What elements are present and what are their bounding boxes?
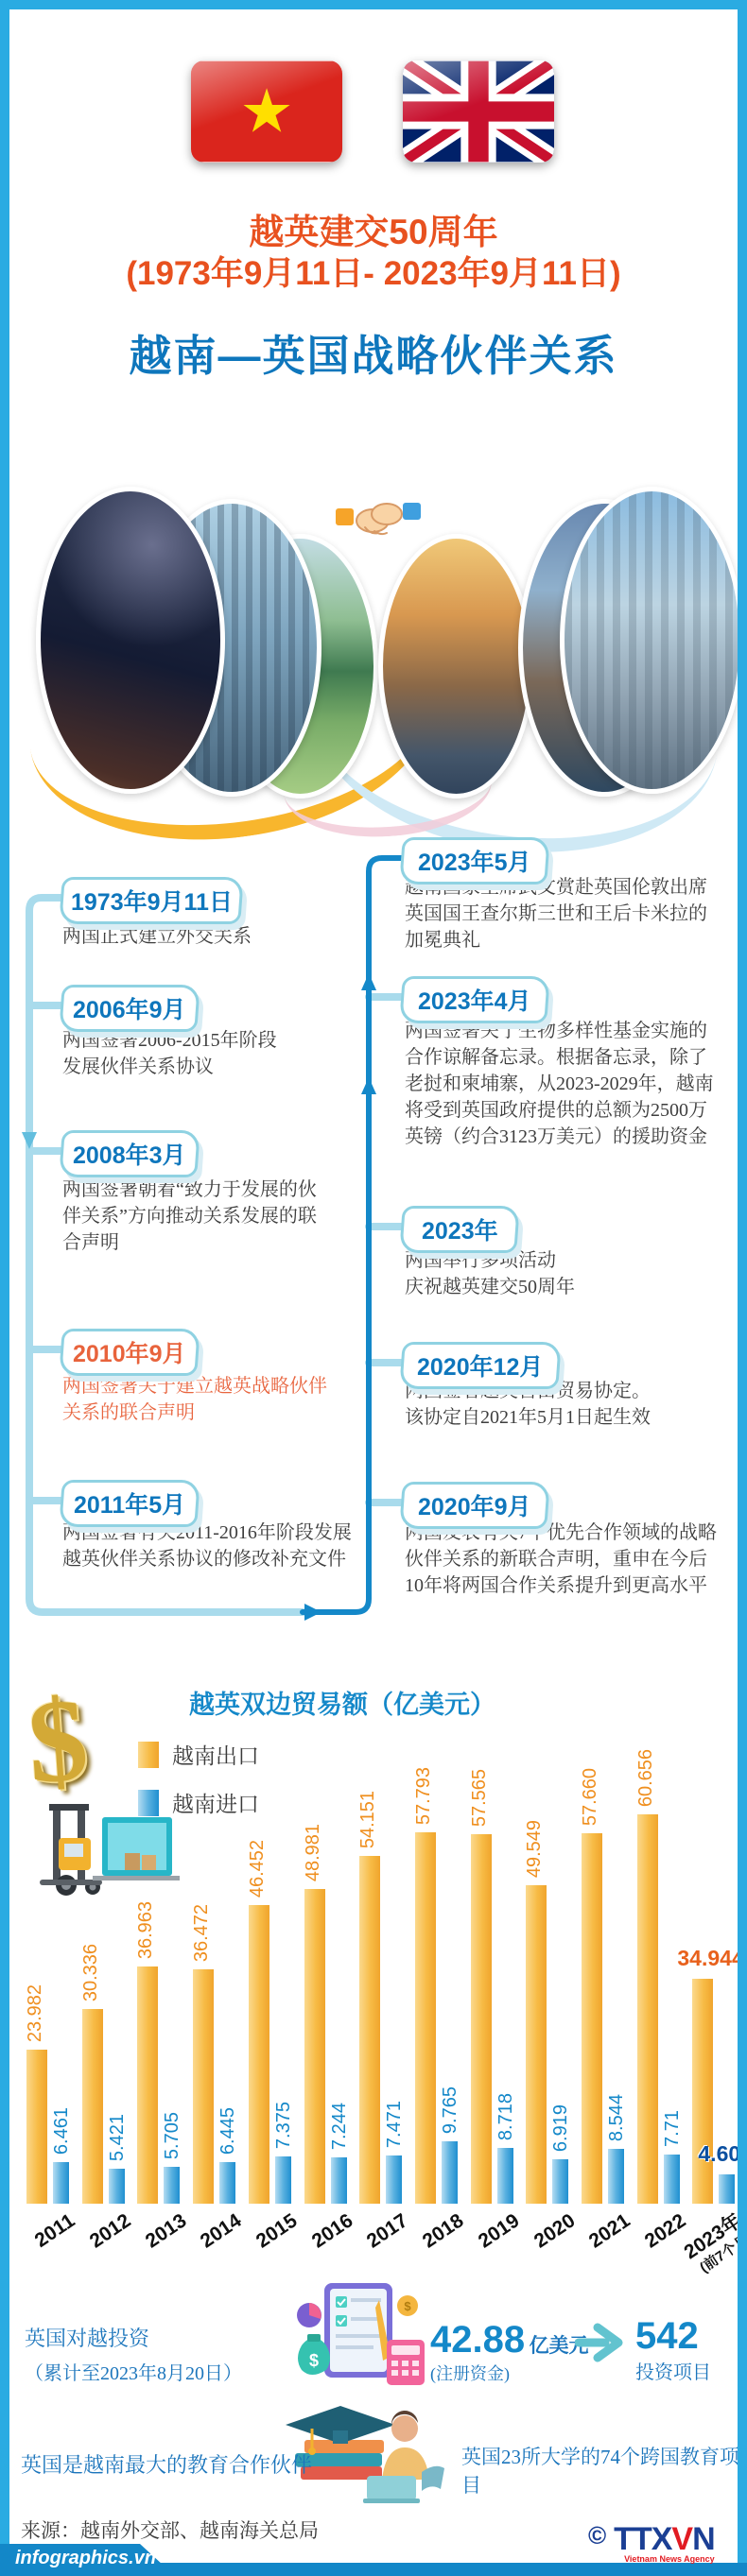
import-bar bbox=[608, 2149, 624, 2204]
investment-amount: 42.88 亿美元 (注册资金) bbox=[430, 2321, 589, 2385]
title-line2: (1973年9月11日- 2023年9月11日) bbox=[0, 248, 747, 295]
timeline-event-text-right-2: 两国举行多项活动 庆祝越英建交50周年 bbox=[405, 1247, 745, 1300]
export-bar bbox=[471, 1834, 492, 2204]
vietnam-flag: ★ bbox=[191, 60, 342, 163]
import-value-label: 7.375 bbox=[273, 2102, 295, 2149]
export-bar bbox=[582, 1833, 602, 2204]
import-value-label: 7.71 bbox=[662, 2110, 684, 2147]
education-label: 英国是越南最大的教育合作伙伴 bbox=[21, 2449, 312, 2479]
bar-group-2022: 60.6567.712022 bbox=[637, 1739, 683, 2204]
export-value-label: 60.656 bbox=[635, 1749, 657, 1807]
bar-group-2023年: 34.9444.60072023年(前7个月) bbox=[692, 1739, 738, 2204]
x-axis-year-label: 2017 bbox=[364, 2211, 411, 2252]
chart-title: 越英双边贸易额（亿美元） bbox=[189, 1684, 495, 1721]
import-value-label: 8.544 bbox=[606, 2094, 628, 2141]
import-bar bbox=[386, 2155, 402, 2204]
export-value-label: 36.963 bbox=[135, 1901, 157, 1959]
investment-label: 英国对越投资 （累计至2023年8月20日） bbox=[25, 2323, 242, 2385]
city-photo-montage bbox=[0, 472, 747, 869]
timeline-date-pill-left-0: 1973年9月11日 bbox=[59, 877, 243, 924]
legend-item-import: 越南进口 bbox=[138, 1787, 259, 1818]
x-axis-year-label: 2012 bbox=[87, 2211, 134, 2252]
export-value-label: 48.981 bbox=[303, 1824, 324, 1881]
timeline-date-pill-left-4: 2011年5月 bbox=[59, 1480, 200, 1527]
clipboard-calculator-moneybag-icon: $ $ bbox=[288, 2279, 430, 2391]
timeline-event-text-right-4: 两国发表有关7个优先合作领域的战略 伙伴关系的新联合声明，重申在今后 10年将两… bbox=[405, 1520, 745, 1599]
export-bar bbox=[137, 1966, 158, 2204]
import-bar bbox=[719, 2174, 735, 2204]
import-value-label: 9.765 bbox=[440, 2087, 461, 2134]
export-bar bbox=[692, 1979, 713, 2204]
svg-text:$: $ bbox=[309, 2351, 319, 2370]
ttxvn-logo: ©TTXVN Vietnam News Agency bbox=[588, 2521, 715, 2564]
export-bar bbox=[193, 1969, 214, 2204]
timeline-date-pill-left-1: 2006年9月 bbox=[59, 985, 200, 1032]
x-axis-year-label: 2015 bbox=[253, 2211, 301, 2252]
export-value-label: 54.151 bbox=[357, 1791, 379, 1848]
export-bar bbox=[26, 2050, 47, 2204]
x-axis-year-label: 2014 bbox=[198, 2211, 245, 2252]
import-bar bbox=[53, 2162, 69, 2204]
export-value-label: 23.982 bbox=[25, 1984, 46, 2042]
export-bar bbox=[82, 2009, 103, 2204]
timeline-event-text-right-1: 两国签署关于生物多样性基金实施的 合作谅解备忘录。根据备忘录，除了 老挝和柬埔寨… bbox=[405, 1018, 745, 1150]
title-line1: 越英建交50周年 bbox=[0, 203, 747, 254]
x-axis-year-label: 2016 bbox=[309, 2211, 356, 2252]
import-bar bbox=[331, 2157, 347, 2204]
timeline-event-text-left-3: 两国签署关于建立越英战略伙伴 关系的联合声明 bbox=[62, 1373, 403, 1426]
photo-gherkin-city bbox=[560, 487, 744, 794]
export-bar bbox=[637, 1814, 658, 2204]
import-value-label: 7.244 bbox=[329, 2103, 351, 2150]
infographic-root: { "icons": { "left_flag": "vietnam-flag"… bbox=[0, 0, 747, 2576]
legend-item-export: 越南出口 bbox=[138, 1739, 259, 1770]
timeline-date-pill-right-2: 2023年 bbox=[399, 1206, 519, 1253]
import-bar bbox=[664, 2155, 680, 2204]
trade-bar-chart: 23.9826.461201130.3365.421201236.9635.70… bbox=[26, 1739, 741, 2240]
export-value-label: 57.660 bbox=[580, 1768, 601, 1826]
timeline-event-text-left-2: 两国签署朝着“致力于发展的伙 伴关系”方向推动关系发展的联 合声明 bbox=[62, 1176, 403, 1256]
bar-group-2020: 49.5496.9192020 bbox=[526, 1739, 571, 2204]
bar-group-2019: 57.5658.7182019 bbox=[471, 1739, 516, 2204]
photo-big-ben bbox=[378, 534, 534, 799]
x-axis-year-label: 2023年(前7个月) bbox=[681, 2211, 747, 2280]
x-axis-year-label: 2021 bbox=[586, 2211, 634, 2252]
export-value-label: 30.336 bbox=[80, 1944, 102, 2001]
export-bar bbox=[526, 1885, 547, 2204]
export-value-label: 49.549 bbox=[524, 1820, 546, 1878]
bar-group-2012: 30.3365.4212012 bbox=[82, 1739, 128, 2204]
import-value-label: 5.421 bbox=[107, 2114, 129, 2161]
import-swatch bbox=[138, 1790, 159, 1816]
import-value-label: 6.445 bbox=[217, 2107, 239, 2155]
timeline-date-pill-right-0: 2023年5月 bbox=[399, 837, 549, 884]
import-value-label: 4.6007 bbox=[698, 2141, 747, 2167]
export-value-label: 34.944 bbox=[677, 1946, 743, 1971]
copyright-icon: © bbox=[588, 2521, 606, 2550]
chart-legend: 越南出口 越南进口 bbox=[138, 1739, 259, 1835]
page-title: 越南—英国战略伙伴关系 bbox=[0, 321, 747, 383]
import-value-label: 5.705 bbox=[162, 2112, 183, 2159]
timeline-date-pill-right-3: 2020年12月 bbox=[399, 1342, 561, 1389]
bar-group-2017: 54.1517.4712017 bbox=[359, 1739, 405, 2204]
import-bar bbox=[497, 2148, 513, 2204]
export-bar bbox=[249, 1905, 269, 2204]
source-note: 来源：越南外交部、越南海关总局 bbox=[21, 2516, 319, 2544]
x-axis-year-label: 2011 bbox=[32, 2211, 78, 2251]
export-bar bbox=[359, 1856, 380, 2204]
agency-subtitle: Vietnam News Agency bbox=[588, 2554, 715, 2564]
import-bar bbox=[442, 2141, 458, 2204]
export-bar bbox=[304, 1889, 325, 2204]
handshake-icon bbox=[333, 486, 424, 548]
export-swatch bbox=[138, 1742, 159, 1768]
bar-group-2016: 48.9817.2442016 bbox=[304, 1739, 350, 2204]
import-bar bbox=[164, 2167, 180, 2204]
uk-flag bbox=[403, 60, 554, 163]
timeline-event-text-left-4: 两国签署有关2011-2016年阶段发展 越英伙伴关系协议的修改补充文件 bbox=[62, 1520, 403, 1572]
x-axis-year-label: 2013 bbox=[143, 2211, 190, 2252]
import-value-label: 7.471 bbox=[384, 2101, 406, 2148]
timeline-date-pill-right-1: 2023年4月 bbox=[399, 976, 549, 1023]
bar-group-2011: 23.9826.4612011 bbox=[26, 1739, 72, 2204]
export-value-label: 57.565 bbox=[469, 1769, 491, 1827]
timeline-event-text-right-0: 越南国家主席武文赏赴英国伦敦出席 英国国王查尔斯三世和王后卡米拉的 加冕典礼 bbox=[405, 874, 745, 953]
timeline-event-text-left-0: 两国正式建立外交关系 bbox=[62, 923, 403, 950]
import-bar bbox=[275, 2156, 291, 2204]
export-value-label: 57.793 bbox=[413, 1767, 435, 1825]
x-axis-year-label: 2020 bbox=[531, 2211, 579, 2252]
export-value-label: 46.452 bbox=[247, 1840, 269, 1898]
import-bar bbox=[219, 2162, 235, 2204]
bar-group-2018: 57.7939.7652018 bbox=[415, 1739, 460, 2204]
education-text: 英国23所大学的74个跨国教育项目 bbox=[461, 2442, 747, 2499]
timeline-date-pill-left-3: 2010年9月 bbox=[59, 1329, 200, 1376]
timeline-date-pill-left-2: 2008年3月 bbox=[59, 1130, 200, 1177]
x-axis-year-label: 2018 bbox=[420, 2211, 467, 2252]
site-link[interactable]: infographics.vn bbox=[15, 2548, 156, 2569]
import-bar bbox=[552, 2159, 568, 2204]
export-value-label: 36.472 bbox=[191, 1904, 213, 1962]
arrow-right-icon bbox=[575, 2323, 624, 2362]
x-axis-year-label: 2019 bbox=[476, 2211, 523, 2252]
svg-text:$: $ bbox=[404, 2299, 411, 2313]
timeline-event-text-left-1: 两国签署2006-2015年阶段 发展伙伴关系协议 bbox=[62, 1027, 403, 1080]
import-value-label: 6.461 bbox=[51, 2107, 73, 2155]
import-value-label: 8.718 bbox=[495, 2093, 517, 2140]
export-bar bbox=[415, 1832, 436, 2204]
investment-projects: 542 投资项目 bbox=[635, 2317, 711, 2384]
import-value-label: 6.919 bbox=[550, 2104, 572, 2152]
import-bar bbox=[109, 2169, 125, 2204]
bar-group-2021: 57.6608.5442021 bbox=[582, 1739, 627, 2204]
timeline-date-pill-right-4: 2020年9月 bbox=[399, 1482, 549, 1529]
photo-hcmc-night bbox=[36, 487, 225, 794]
